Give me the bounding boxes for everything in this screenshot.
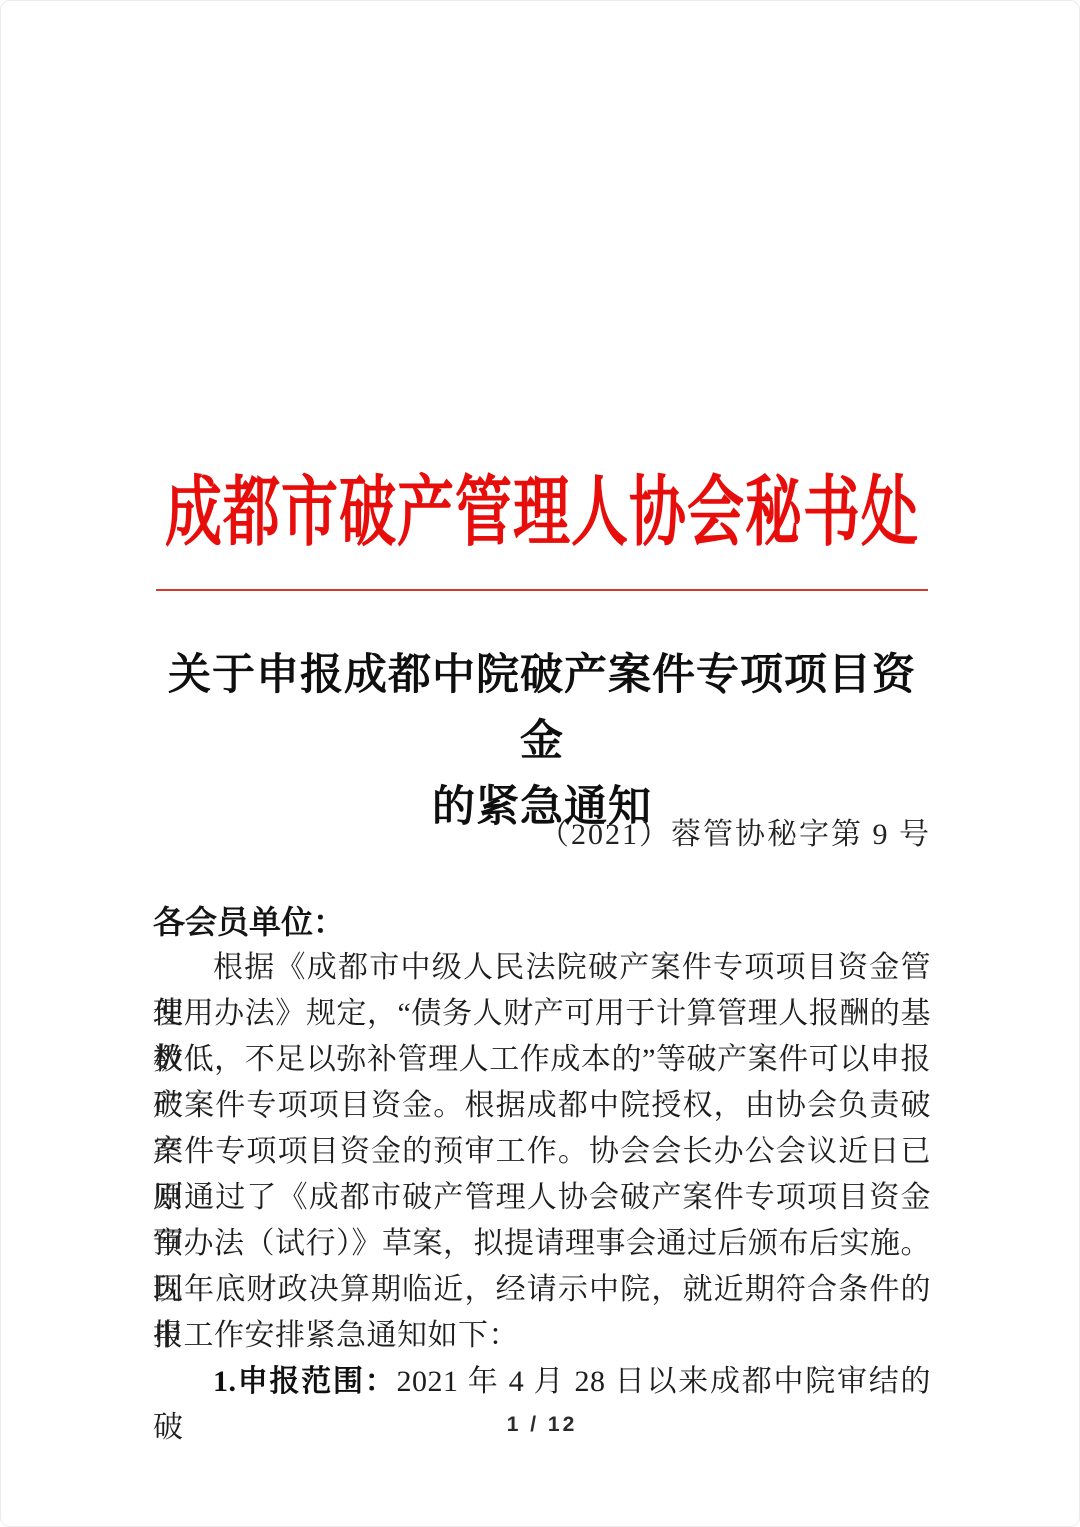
- body-text-line: 报工作安排紧急通知如下：: [153, 1313, 931, 1359]
- body-text-line: 审办法（试行）》草案，拟提请理事会通过后颁布后实施。现: [153, 1221, 931, 1267]
- document-content: 成都市破产管理人协会秘书处 关于申报成都中院破产案件专项项目资金 的紧急通知 （…: [153, 1, 931, 1526]
- body-text-line: 极低，不足以弥补管理人工作成本的”等破产案件可以申报破: [153, 1037, 931, 1083]
- document-title-line1: 关于申报成都中院破产案件专项项目资金: [153, 642, 931, 774]
- letterhead-divider-rule: [156, 589, 928, 591]
- body-text-line: 案件专项项目资金的预审工作。协会会长办公会议近日已原: [153, 1129, 931, 1175]
- body-text: 根据《成都市中级人民法院破产案件专项项目资金管理使用办法》规定，“债务人财产可用…: [153, 945, 931, 1405]
- body-text-line: 根据《成都市中级人民法院破产案件专项项目资金管理: [153, 945, 931, 991]
- body-text-line: 产案件专项项目资金。根据成都中院授权，由协会负责破产: [153, 1083, 931, 1129]
- body-text-line: 1.申报范围：2021 年 4 月 28 日以来成都中院审结的破: [153, 1359, 931, 1405]
- letterhead-org-name: 成都市破产管理人协会秘书处: [153, 475, 931, 552]
- document-page: 成都市破产管理人协会秘书处 关于申报成都中院破产案件专项项目资金 的紧急通知 （…: [0, 0, 1080, 1527]
- body-text-line: 因年底财政决算期临近，经请示中院，就近期符合条件的申: [153, 1267, 931, 1313]
- body-line-bold-prefix: 1.申报范围：: [213, 1365, 397, 1398]
- body-text-line: 使用办法》规定，“债务人财产可用于计算管理人报酬的基数: [153, 991, 931, 1037]
- page-number-indicator: 1 / 12: [153, 1413, 931, 1437]
- salutation: 各会员单位：: [153, 897, 931, 943]
- body-text-line: 则通过了《成都市破产管理人协会破产案件专项项目资金预: [153, 1175, 931, 1221]
- document-reference-number: （2021）蓉管协秘字第 9 号: [153, 809, 931, 853]
